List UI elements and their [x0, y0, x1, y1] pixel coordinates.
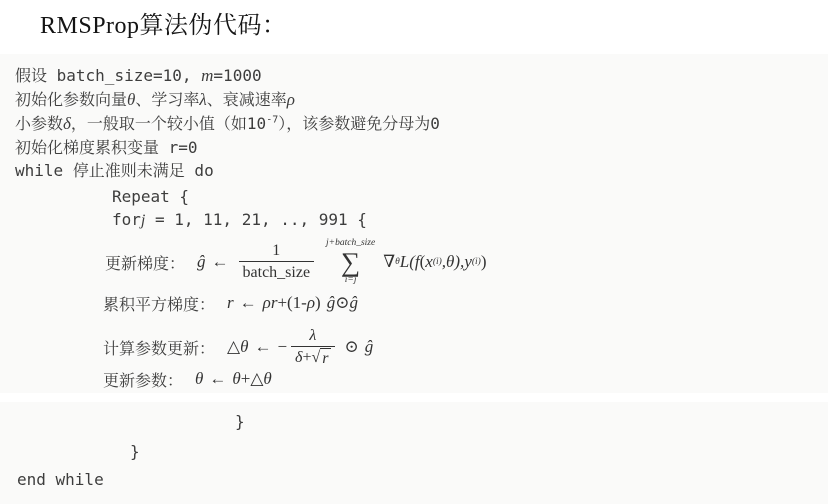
var-rho: ρ	[287, 90, 295, 109]
formula-label: 计算参数更新：	[103, 336, 215, 359]
g-hat-1: ĝ	[327, 293, 336, 313]
var-y: y	[464, 252, 472, 272]
fraction-numerator: 1	[266, 242, 286, 261]
code-line-end-while: end while	[17, 470, 104, 490]
sum-lower-limit: i=j	[345, 275, 357, 286]
radical-symbol: √	[312, 348, 321, 367]
plus-open: +(1-	[277, 293, 306, 313]
plus-sign: +	[302, 349, 311, 366]
var-delta: δ	[63, 114, 71, 133]
var-theta-1: θ	[195, 369, 203, 389]
formula-param-update: 计算参数更新： △θ ← − λ δ+√r ⊙ ĝ	[103, 324, 373, 370]
var-x: x	[425, 252, 433, 272]
left-arrow: ←	[240, 293, 257, 313]
small-a: 小参数	[15, 114, 63, 133]
left-arrow: ←	[212, 252, 229, 272]
small-b: ，一般取一个较小值（如10	[71, 114, 266, 133]
closing-brace-inner: }	[235, 412, 245, 432]
formula-label: 更新参数：	[103, 368, 183, 391]
pseudocode-footer-box: } } end while	[0, 402, 828, 504]
var-rho: ρ	[263, 293, 271, 313]
fraction-lambda: λ δ+√r	[291, 327, 334, 368]
left-arrow: ←	[209, 369, 226, 389]
var-m: m	[201, 66, 213, 85]
sqrt-expression: √r	[312, 348, 331, 368]
sigma-symbol: ∑	[341, 249, 360, 275]
formula-accumulate: 累积平方梯度： r ← ρr+(1-ρ) ĝ⊙ĝ	[103, 291, 358, 315]
minus-sign: −	[277, 337, 287, 357]
fraction-denominator: δ+√r	[291, 346, 334, 368]
initvec-c: 、衰减速率	[207, 90, 287, 109]
formula-theta-update: 更新参数： θ ← θ+△θ	[103, 367, 272, 391]
odot-symbol: ⊙	[345, 337, 359, 357]
code-line-repeat: Repeat {	[112, 187, 189, 207]
formula-label: 更新梯度：	[105, 251, 185, 274]
summation: j+batch_size ∑ i=j	[326, 238, 375, 286]
sqrt-argument: r	[320, 348, 330, 368]
triangle-symbol: △	[227, 337, 240, 357]
var-theta-2: θ	[232, 369, 240, 389]
for-keyword: for	[112, 210, 141, 229]
g-hat-2: ĝ	[349, 293, 358, 313]
var-r: r	[227, 293, 234, 313]
document-page: RMSProp算法伪代码： 假设 batch_size=10, m=1000 初…	[0, 0, 840, 504]
formula-label: 累积平方梯度：	[103, 292, 215, 315]
fraction-numerator: λ	[303, 327, 322, 346]
for-rest: = 1, 11, 21, .., 991 {	[145, 210, 367, 229]
plus-sign: +	[241, 369, 251, 389]
exponent: -7	[266, 115, 278, 126]
initvec-a: 初始化参数向量	[15, 90, 127, 109]
small-c: ），该参数避免分母为0	[278, 114, 440, 133]
var-theta-3: θ	[263, 369, 271, 389]
pseudocode-box: 假设 batch_size=10, m=1000 初始化参数向量θ、学习率λ、衰…	[0, 54, 828, 393]
g-hat: ĝ	[365, 337, 374, 357]
var-lambda: λ	[199, 90, 206, 109]
paren-close: )	[481, 252, 487, 272]
theta-mid: ,θ),	[442, 252, 465, 272]
code-line-small-param: 小参数δ，一般取一个较小值（如10-7），该参数避免分母为0	[15, 114, 440, 134]
fraction-batch: 1 batch_size	[239, 242, 315, 282]
code-line-init-params: 初始化参数向量θ、学习率λ、衰减速率ρ	[15, 90, 295, 110]
assume-zh: 假设	[15, 66, 57, 85]
triangle-symbol: △	[250, 369, 263, 389]
assume-tail: =1000	[213, 66, 261, 85]
loss-L: L(	[400, 252, 415, 272]
var-theta: θ	[240, 337, 248, 357]
g-hat: ĝ	[197, 252, 206, 272]
page-title: RMSProp算法伪代码：	[40, 5, 287, 40]
closing-brace-outer: }	[130, 442, 140, 462]
initvec-b: 、学习率	[135, 90, 199, 109]
odot-symbol: ⊙	[335, 293, 349, 313]
code-line-while: while 停止准则未满足 do	[15, 161, 214, 181]
nabla-symbol: ∇	[383, 252, 395, 272]
code-line-for: forj = 1, 11, 21, .., 991 {	[112, 210, 367, 231]
code-line-assume: 假设 batch_size=10, m=1000	[15, 66, 262, 86]
code-line-init-r: 初始化梯度累积变量 r=0	[15, 138, 198, 158]
var-r2: r	[271, 293, 278, 313]
close-paren: )	[315, 293, 321, 313]
var-rho2: ρ	[307, 293, 315, 313]
left-arrow: ←	[254, 337, 271, 357]
fraction-denominator: batch_size	[239, 261, 315, 282]
assume-code: batch_size=10,	[57, 66, 202, 85]
formula-gradient-update: 更新梯度： ĝ ← 1 batch_size j+batch_size ∑ i=…	[105, 236, 487, 288]
